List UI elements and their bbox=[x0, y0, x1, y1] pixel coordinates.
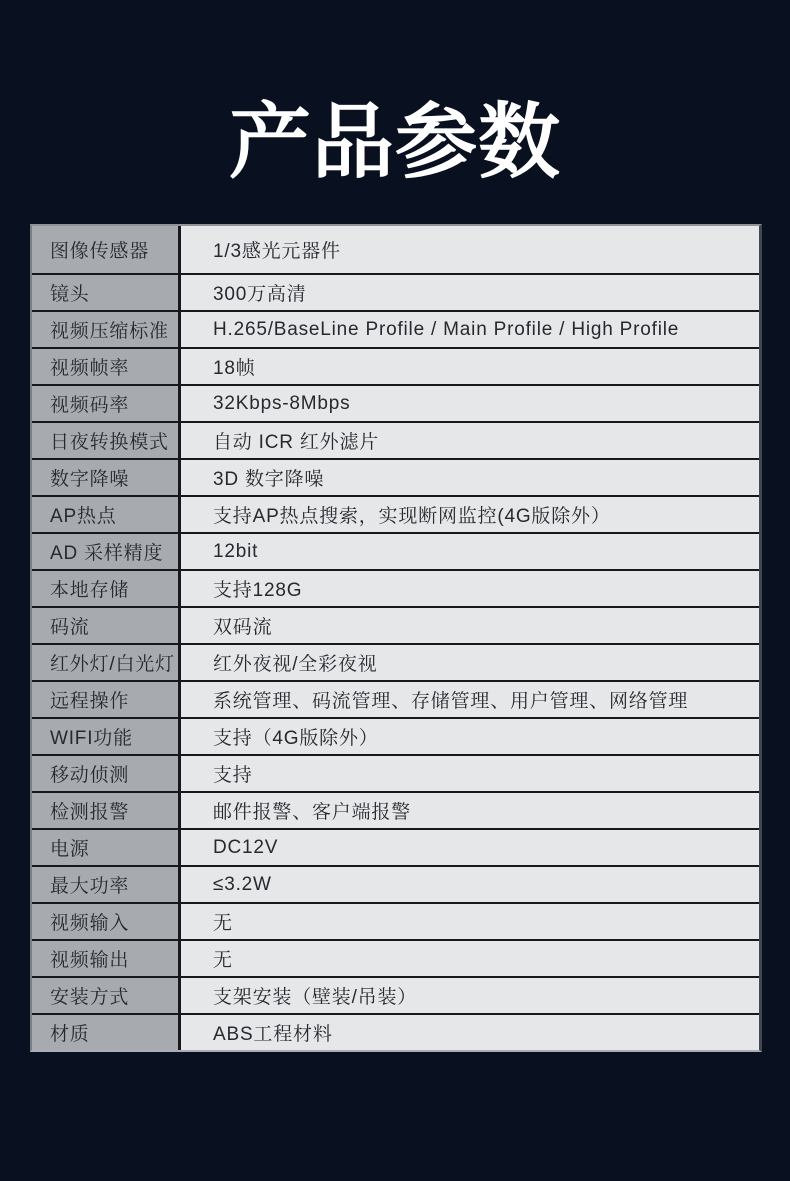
spec-label: 红外灯/白光灯 bbox=[32, 645, 178, 680]
spec-row: 数字降噪3D 数字降噪 bbox=[32, 458, 759, 495]
spec-row: 最大功率≤3.2W bbox=[32, 865, 759, 902]
spec-value: 红外夜视/全彩夜视 bbox=[178, 645, 759, 680]
spec-table: 图像传感器1/3感光元器件镜头300万高清视频压缩标准H.265/BaseLin… bbox=[30, 224, 762, 1052]
spec-label: 最大功率 bbox=[32, 867, 178, 902]
spec-row: 远程操作系统管理、码流管理、存储管理、用户管理、网络管理 bbox=[32, 680, 759, 717]
spec-value: 支持 bbox=[178, 756, 759, 791]
spec-row: WIFI功能支持（4G版除外） bbox=[32, 717, 759, 754]
spec-row: 视频帧率18帧 bbox=[32, 347, 759, 384]
spec-value: ABS工程材料 bbox=[178, 1015, 759, 1050]
spec-label: 日夜转换模式 bbox=[32, 423, 178, 458]
spec-label: 远程操作 bbox=[32, 682, 178, 717]
spec-label: 本地存储 bbox=[32, 571, 178, 606]
spec-value: 12bit bbox=[178, 534, 759, 569]
spec-label: 安装方式 bbox=[32, 978, 178, 1013]
spec-label: 镜头 bbox=[32, 275, 178, 310]
spec-label: 视频输入 bbox=[32, 904, 178, 939]
spec-label: 检测报警 bbox=[32, 793, 178, 828]
spec-value: 无 bbox=[178, 941, 759, 976]
spec-value: 1/3感光元器件 bbox=[178, 226, 759, 273]
spec-value: 18帧 bbox=[178, 349, 759, 384]
spec-row: 视频码率32Kbps-8Mbps bbox=[32, 384, 759, 421]
spec-row: AD 采样精度12bit bbox=[32, 532, 759, 569]
spec-value: 双码流 bbox=[178, 608, 759, 643]
spec-label: 视频压缩标准 bbox=[32, 312, 178, 347]
spec-value: 系统管理、码流管理、存储管理、用户管理、网络管理 bbox=[178, 682, 759, 717]
spec-value: H.265/BaseLine Profile / Main Profile / … bbox=[178, 312, 759, 347]
spec-value: 300万高清 bbox=[178, 275, 759, 310]
spec-label: 图像传感器 bbox=[32, 226, 178, 273]
spec-label: 视频帧率 bbox=[32, 349, 178, 384]
spec-row: 材质ABS工程材料 bbox=[32, 1013, 759, 1050]
spec-row: AP热点支持AP热点搜索，实现断网监控(4G版除外） bbox=[32, 495, 759, 532]
spec-row: 镜头300万高清 bbox=[32, 273, 759, 310]
spec-label: WIFI功能 bbox=[32, 719, 178, 754]
spec-label: 数字降噪 bbox=[32, 460, 178, 495]
spec-label: AP热点 bbox=[32, 497, 178, 532]
spec-label: 码流 bbox=[32, 608, 178, 643]
spec-row: 视频压缩标准H.265/BaseLine Profile / Main Prof… bbox=[32, 310, 759, 347]
spec-value: 32Kbps-8Mbps bbox=[178, 386, 759, 421]
spec-row: 图像传感器1/3感光元器件 bbox=[32, 226, 759, 273]
spec-value: 3D 数字降噪 bbox=[178, 460, 759, 495]
spec-label: AD 采样精度 bbox=[32, 534, 178, 569]
spec-row: 红外灯/白光灯红外夜视/全彩夜视 bbox=[32, 643, 759, 680]
spec-value: 邮件报警、客户端报警 bbox=[178, 793, 759, 828]
spec-value: 支持128G bbox=[178, 571, 759, 606]
spec-row: 日夜转换模式自动 ICR 红外滤片 bbox=[32, 421, 759, 458]
spec-row: 本地存储支持128G bbox=[32, 569, 759, 606]
page-title: 产品参数 bbox=[0, 102, 790, 184]
spec-value: 支持AP热点搜索，实现断网监控(4G版除外） bbox=[178, 497, 759, 532]
spec-row: 视频输入无 bbox=[32, 902, 759, 939]
spec-value: 自动 ICR 红外滤片 bbox=[178, 423, 759, 458]
spec-value: 支持（4G版除外） bbox=[178, 719, 759, 754]
spec-value: ≤3.2W bbox=[178, 867, 759, 902]
spec-row: 电源DC12V bbox=[32, 828, 759, 865]
spec-value: DC12V bbox=[178, 830, 759, 865]
spec-value: 支架安装（壁装/吊装） bbox=[178, 978, 759, 1013]
spec-label: 材质 bbox=[32, 1015, 178, 1050]
spec-row: 码流双码流 bbox=[32, 606, 759, 643]
spec-label: 视频输出 bbox=[32, 941, 178, 976]
spec-row: 视频输出无 bbox=[32, 939, 759, 976]
spec-row: 检测报警邮件报警、客户端报警 bbox=[32, 791, 759, 828]
spec-value: 无 bbox=[178, 904, 759, 939]
spec-label: 移动侦测 bbox=[32, 756, 178, 791]
spec-row: 移动侦测支持 bbox=[32, 754, 759, 791]
spec-row: 安装方式支架安装（壁装/吊装） bbox=[32, 976, 759, 1013]
spec-label: 视频码率 bbox=[32, 386, 178, 421]
spec-label: 电源 bbox=[32, 830, 178, 865]
